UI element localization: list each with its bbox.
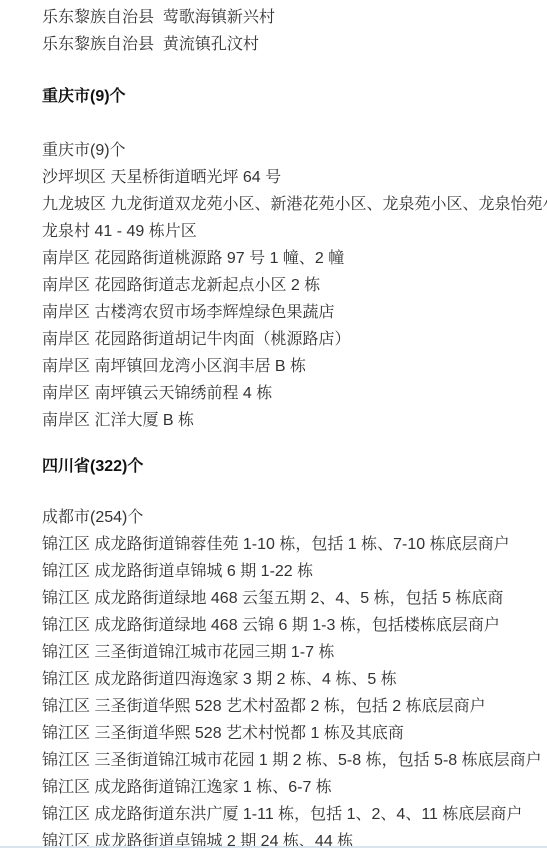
address-line: 锦江区 成龙路街道锦江逸家 1 栋、6-7 栋 xyxy=(42,774,547,801)
address-line: 乐东黎族自治县 莺歌海镇新兴村 xyxy=(42,4,547,31)
address-line: 锦江区 成龙路街道卓锦城 6 期 1-22 栋 xyxy=(42,558,547,585)
section-heading: 重庆市(9)个 xyxy=(42,83,547,110)
address-line: 沙坪坝区 天星桥街道晒光坪 64 号 xyxy=(42,164,547,191)
address-group: 乐东黎族自治县 莺歌海镇新兴村乐东黎族自治县 黄流镇孔汶村 xyxy=(42,4,547,58)
address-line: 锦江区 成龙路街道卓锦城 2 期 24 栋、44 栋 xyxy=(42,828,547,848)
address-line: 南岸区 花园路街道胡记牛肉面（桃源路店） xyxy=(42,326,547,353)
risk-area-list: 乐东黎族自治县 莺歌海镇新兴村乐东黎族自治县 黄流镇孔汶村重庆市(9)个重庆市(… xyxy=(0,0,547,848)
address-line: 南岸区 花园路街道桃源路 97 号 1 幢、2 幢 xyxy=(42,245,547,272)
address-line: 乐东黎族自治县 黄流镇孔汶村 xyxy=(42,31,547,58)
address-line: 锦江区 成龙路街道四海逸家 3 期 2 栋、4 栋、5 栋 xyxy=(42,666,547,693)
section-heading: 四川省(322)个 xyxy=(42,453,547,480)
address-line: 成都市(254)个 xyxy=(42,504,547,531)
address-line: 重庆市(9)个 xyxy=(42,137,547,164)
address-line: 南岸区 南坪镇云天锦绣前程 4 栋 xyxy=(42,380,547,407)
address-line: 锦江区 三圣街道锦江城市花园 1 期 2 栋、5-8 栋，包括 5-8 栋底层商… xyxy=(42,747,547,774)
address-line: 南岸区 南坪镇回龙湾小区润丰居 B 栋 xyxy=(42,353,547,380)
address-line: 锦江区 成龙路街道东洪广厦 1-11 栋，包括 1、2、4、11 栋底层商户 xyxy=(42,801,547,828)
address-line: 锦江区 成龙路街道绿地 468 云锦 6 期 1-3 栋，包括楼栋底层商户 xyxy=(42,612,547,639)
address-line: 九龙坡区 九龙街道双龙苑小区、新港花苑小区、龙泉苑小区、龙泉怡苑小区、 xyxy=(42,191,547,218)
address-line: 南岸区 汇洋大厦 B 栋 xyxy=(42,407,547,434)
address-line: 锦江区 三圣街道锦江城市花园三期 1-7 栋 xyxy=(42,639,547,666)
address-line: 龙泉村 41 - 49 栋片区 xyxy=(42,218,547,245)
address-group: 重庆市(9)个沙坪坝区 天星桥街道晒光坪 64 号九龙坡区 九龙街道双龙苑小区、… xyxy=(42,137,547,434)
address-line: 锦江区 成龙路街道绿地 468 云玺五期 2、4、5 栋，包括 5 栋底商 xyxy=(42,585,547,612)
address-line: 南岸区 古楼湾农贸市场李辉煌绿色果蔬店 xyxy=(42,299,547,326)
address-line: 锦江区 三圣街道华熙 528 艺术村悦都 1 栋及其底商 xyxy=(42,720,547,747)
address-group: 成都市(254)个锦江区 成龙路街道锦蓉佳苑 1-10 栋，包括 1 栋、7-1… xyxy=(42,504,547,848)
address-line: 南岸区 花园路街道志龙新起点小区 2 栋 xyxy=(42,272,547,299)
address-line: 锦江区 三圣街道华熙 528 艺术村盈都 2 栋，包括 2 栋底层商户 xyxy=(42,693,547,720)
address-line: 锦江区 成龙路街道锦蓉佳苑 1-10 栋，包括 1 栋、7-10 栋底层商户 xyxy=(42,531,547,558)
